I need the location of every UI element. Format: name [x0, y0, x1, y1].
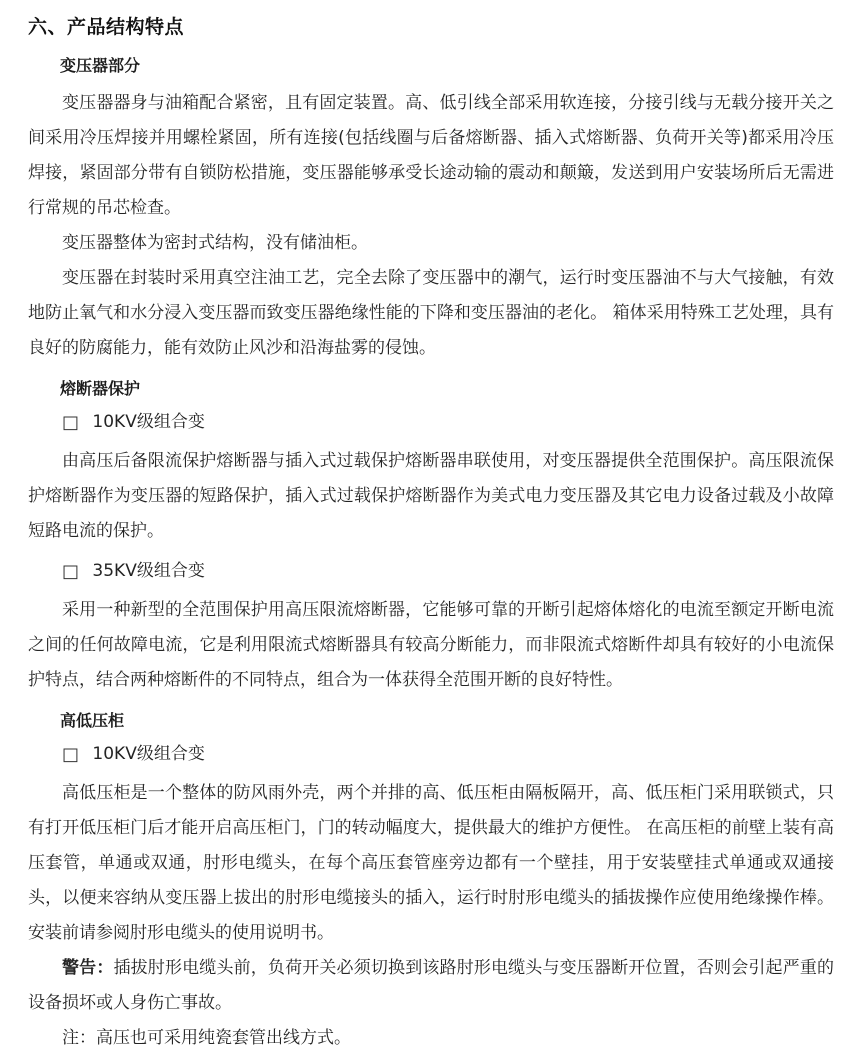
warning-text: 插拔肘形电缆头前，负荷开关必须切换到该路肘形电缆头与变压器断开位置，否则会引起严… [28, 958, 834, 1013]
checkbox-icon: □ [62, 410, 79, 435]
note-text: 高压也可采用纯瓷套管出线方式。 [96, 1028, 351, 1048]
paragraph-fuse-35kv: 采用一种新型的全范围保护用高压限流熔断器，它能够可靠的开断引起熔体熔化的电流至额… [28, 593, 834, 698]
paragraph-fuse-10kv: 由高压后备限流保护熔断器与插入式过载保护熔断器串联使用，对变压器提供全范围保护。… [28, 444, 834, 549]
section-heading-transformer: 变压器部分 [60, 53, 834, 76]
checkbox-icon: □ [62, 559, 79, 584]
paragraph-transformer-1: 变压器器身与油箱配合紧密，且有固定装置。高、低引线全部采用软连接，分接引线与无载… [28, 86, 834, 226]
document-page: 六、产品结构特点 变压器部分 变压器器身与油箱配合紧密，且有固定装置。高、低引线… [0, 0, 861, 1052]
checkbox-item-10kv-cabinet: □ 10KV级组合变 [62, 741, 834, 767]
paragraph-warning: 警告：插拔肘形电缆头前，负荷开关必须切换到该路肘形电缆头与变压器断开位置，否则会… [28, 951, 834, 1021]
page-title: 六、产品结构特点 [28, 12, 834, 39]
checkbox-item-label: 10KV级组合变 [92, 412, 204, 432]
note-label: 注： [62, 1028, 96, 1048]
checkbox-item-35kv-fuse: □ 35KV级组合变 [62, 558, 834, 584]
warning-label: 警告： [62, 958, 113, 978]
checkbox-item-10kv-fuse: □ 10KV级组合变 [62, 409, 834, 435]
paragraph-transformer-3: 变压器在封装时采用真空注油工艺，完全去除了变压器中的潮气，运行时变压器油不与大气… [28, 261, 834, 366]
paragraph-note: 注：高压也可采用纯瓷套管出线方式。 [28, 1021, 834, 1052]
paragraph-transformer-2: 变压器整体为密封式结构，没有储油柜。 [28, 226, 834, 261]
section-heading-fuse-protection: 熔断器保护 [60, 376, 834, 399]
checkbox-icon: □ [62, 742, 79, 767]
checkbox-item-label: 10KV级组合变 [92, 744, 204, 764]
section-heading-hv-lv-cabinet: 高低压柜 [60, 708, 834, 731]
checkbox-item-label: 35KV级组合变 [92, 561, 204, 581]
paragraph-cabinet-description: 高低压柜是一个整体的防风雨外壳，两个并排的高、低压柜由隔板隔开，高、低压柜门采用… [28, 776, 834, 951]
